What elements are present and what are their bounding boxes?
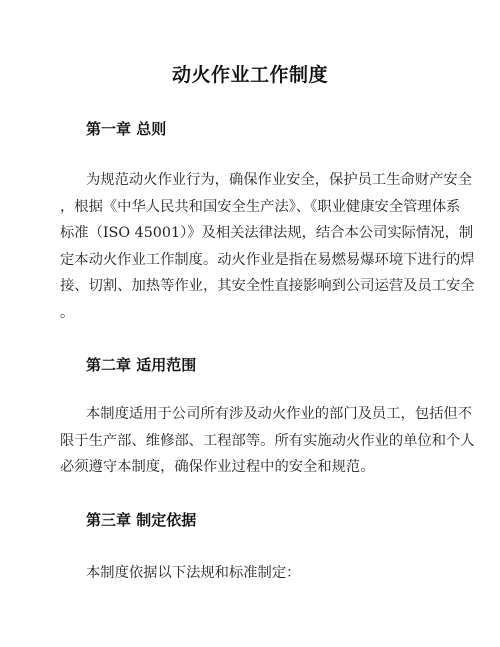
paragraph-line: 本制度依据以下法规和标准制定： [86,563,440,583]
paragraph-line: 标准（ISO 45001）》及相关法律法规，结合本公司实际情况，制 [60,223,420,243]
paragraph-line: 本制度适用于公司所有涉及动火作业的部门及员工，包括但不 [86,404,440,424]
document-title: 动火作业工作制度 [0,60,500,87]
paragraph-line: 限于生产部、维修部、工程部等。所有实施动火作业的单位和个人 [60,431,440,451]
paragraph-line: 为规范动火作业行为，确保作业安全，保护员工生命财产安全 [86,170,440,190]
section-heading-basis: 第三章 制定依据 [86,509,196,530]
section-heading-general: 第一章 总则 [86,118,166,139]
paragraph-line: 。 [60,303,440,323]
paragraph-line: 定本动火作业工作制度。动火作业是指在易燃易爆环境下进行的焊 [60,250,440,270]
section-heading-scope: 第二章 适用范围 [86,354,196,375]
document-page: 动火作业工作制度 第一章 总则 为规范动火作业行为，确保作业安全，保护员工生命财… [0,0,500,647]
paragraph-line: 接、切割、加热等作业，其安全性直接影响到公司运营及员工安全 [60,276,440,296]
paragraph-line: 必须遵守本制度，确保作业过程中的安全和规范。 [60,457,440,477]
paragraph-line: ，根据《中华人民共和国安全生产法》、《职业健康安全管理体系 [60,197,440,217]
